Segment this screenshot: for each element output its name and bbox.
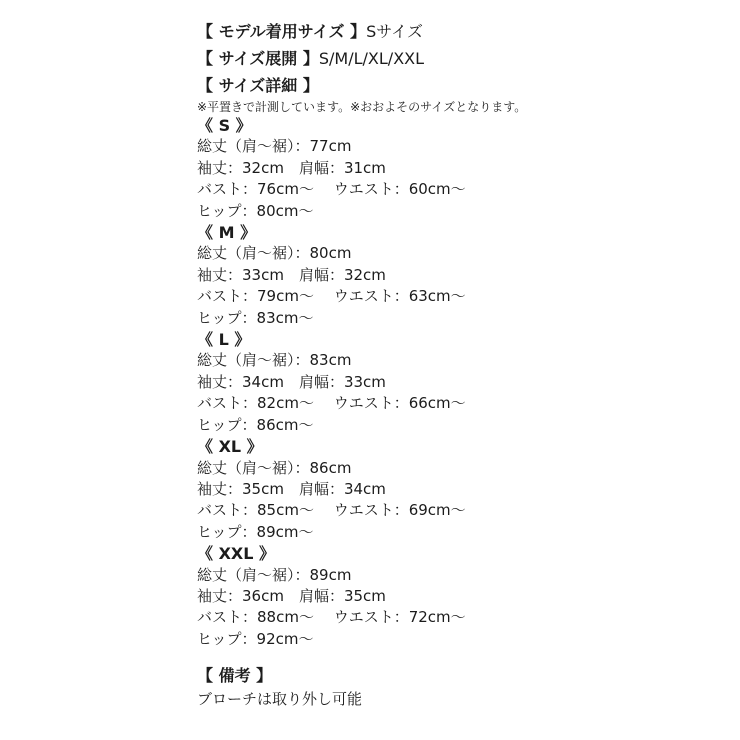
size-xl-total-length: 総丈（肩～裾）：86cm <box>197 458 730 479</box>
size-l-bust-waist: バスト：82cm～ ウエスト：66cm～ <box>197 393 730 414</box>
size-detail-label: 【 サイズ詳細 】 <box>197 76 319 95</box>
size-m-sleeve-shoulder: 袖丈：33cm 肩幅：32cm <box>197 265 730 286</box>
size-block-m: 《 M 》 総丈（肩～裾）：80cm 袖丈：33cm 肩幅：32cm バスト：7… <box>197 222 730 329</box>
size-xxl-hip: ヒップ：92cm～ <box>197 629 730 650</box>
size-l-hip: ヒップ：86cm～ <box>197 415 730 436</box>
size-range-label: 【 サイズ展開 】 <box>197 49 319 68</box>
measurement-note: ※平置きで計測しています。※おおよそのサイズとなります。 <box>197 99 730 115</box>
size-m-total-length: 総丈（肩～裾）：80cm <box>197 243 730 264</box>
size-xxl-sleeve-shoulder: 袖丈：36cm 肩幅：35cm <box>197 586 730 607</box>
size-info-page: 【 モデル着用サイズ 】Sサイズ 【 サイズ展開 】S/M/L/XL/XXL 【… <box>0 0 740 711</box>
size-xl-bust-waist: バスト：85cm～ ウエスト：69cm～ <box>197 500 730 521</box>
size-xxl-bust-waist: バスト：88cm～ ウエスト：72cm～ <box>197 607 730 628</box>
size-s-sleeve-shoulder: 袖丈：32cm 肩幅：31cm <box>197 158 730 179</box>
size-xl-hip: ヒップ：89cm～ <box>197 522 730 543</box>
size-xxl-total-length: 総丈（肩～裾）：89cm <box>197 565 730 586</box>
model-size-label: 【 モデル着用サイズ 】 <box>197 22 366 41</box>
size-label-xl: 《 XL 》 <box>197 436 730 457</box>
size-block-l: 《 L 》 総丈（肩～裾）：83cm 袖丈：34cm 肩幅：33cm バスト：8… <box>197 329 730 436</box>
size-m-hip: ヒップ：83cm～ <box>197 308 730 329</box>
size-xl-sleeve-shoulder: 袖丈：35cm 肩幅：34cm <box>197 479 730 500</box>
size-label-s: 《 S 》 <box>197 115 730 136</box>
size-m-bust-waist: バスト：79cm～ ウエスト：63cm～ <box>197 286 730 307</box>
remarks-text: ブローチは取り外し可能 <box>197 689 730 710</box>
remarks-label: 【 備考 】 <box>197 662 730 689</box>
size-label-xxl: 《 XXL 》 <box>197 543 730 564</box>
model-size-value: Sサイズ <box>366 22 423 41</box>
model-size-line: 【 モデル着用サイズ 】Sサイズ <box>197 18 730 45</box>
size-label-l: 《 L 》 <box>197 329 730 350</box>
size-s-total-length: 総丈（肩～裾）：77cm <box>197 136 730 157</box>
size-range-value: S/M/L/XL/XXL <box>319 49 424 68</box>
size-l-total-length: 総丈（肩～裾）：83cm <box>197 350 730 371</box>
size-l-sleeve-shoulder: 袖丈：34cm 肩幅：33cm <box>197 372 730 393</box>
size-detail-line: 【 サイズ詳細 】 <box>197 72 730 99</box>
remarks-block: 【 備考 】 ブローチは取り外し可能 <box>197 662 730 710</box>
size-block-s: 《 S 》 総丈（肩～裾）：77cm 袖丈：32cm 肩幅：31cm バスト：7… <box>197 115 730 222</box>
size-label-m: 《 M 》 <box>197 222 730 243</box>
size-range-line: 【 サイズ展開 】S/M/L/XL/XXL <box>197 45 730 72</box>
size-block-xxl: 《 XXL 》 総丈（肩～裾）：89cm 袖丈：36cm 肩幅：35cm バスト… <box>197 543 730 650</box>
size-s-bust-waist: バスト：76cm～ ウエスト：60cm～ <box>197 179 730 200</box>
size-block-xl: 《 XL 》 総丈（肩～裾）：86cm 袖丈：35cm 肩幅：34cm バスト：… <box>197 436 730 543</box>
size-s-hip: ヒップ：80cm～ <box>197 201 730 222</box>
